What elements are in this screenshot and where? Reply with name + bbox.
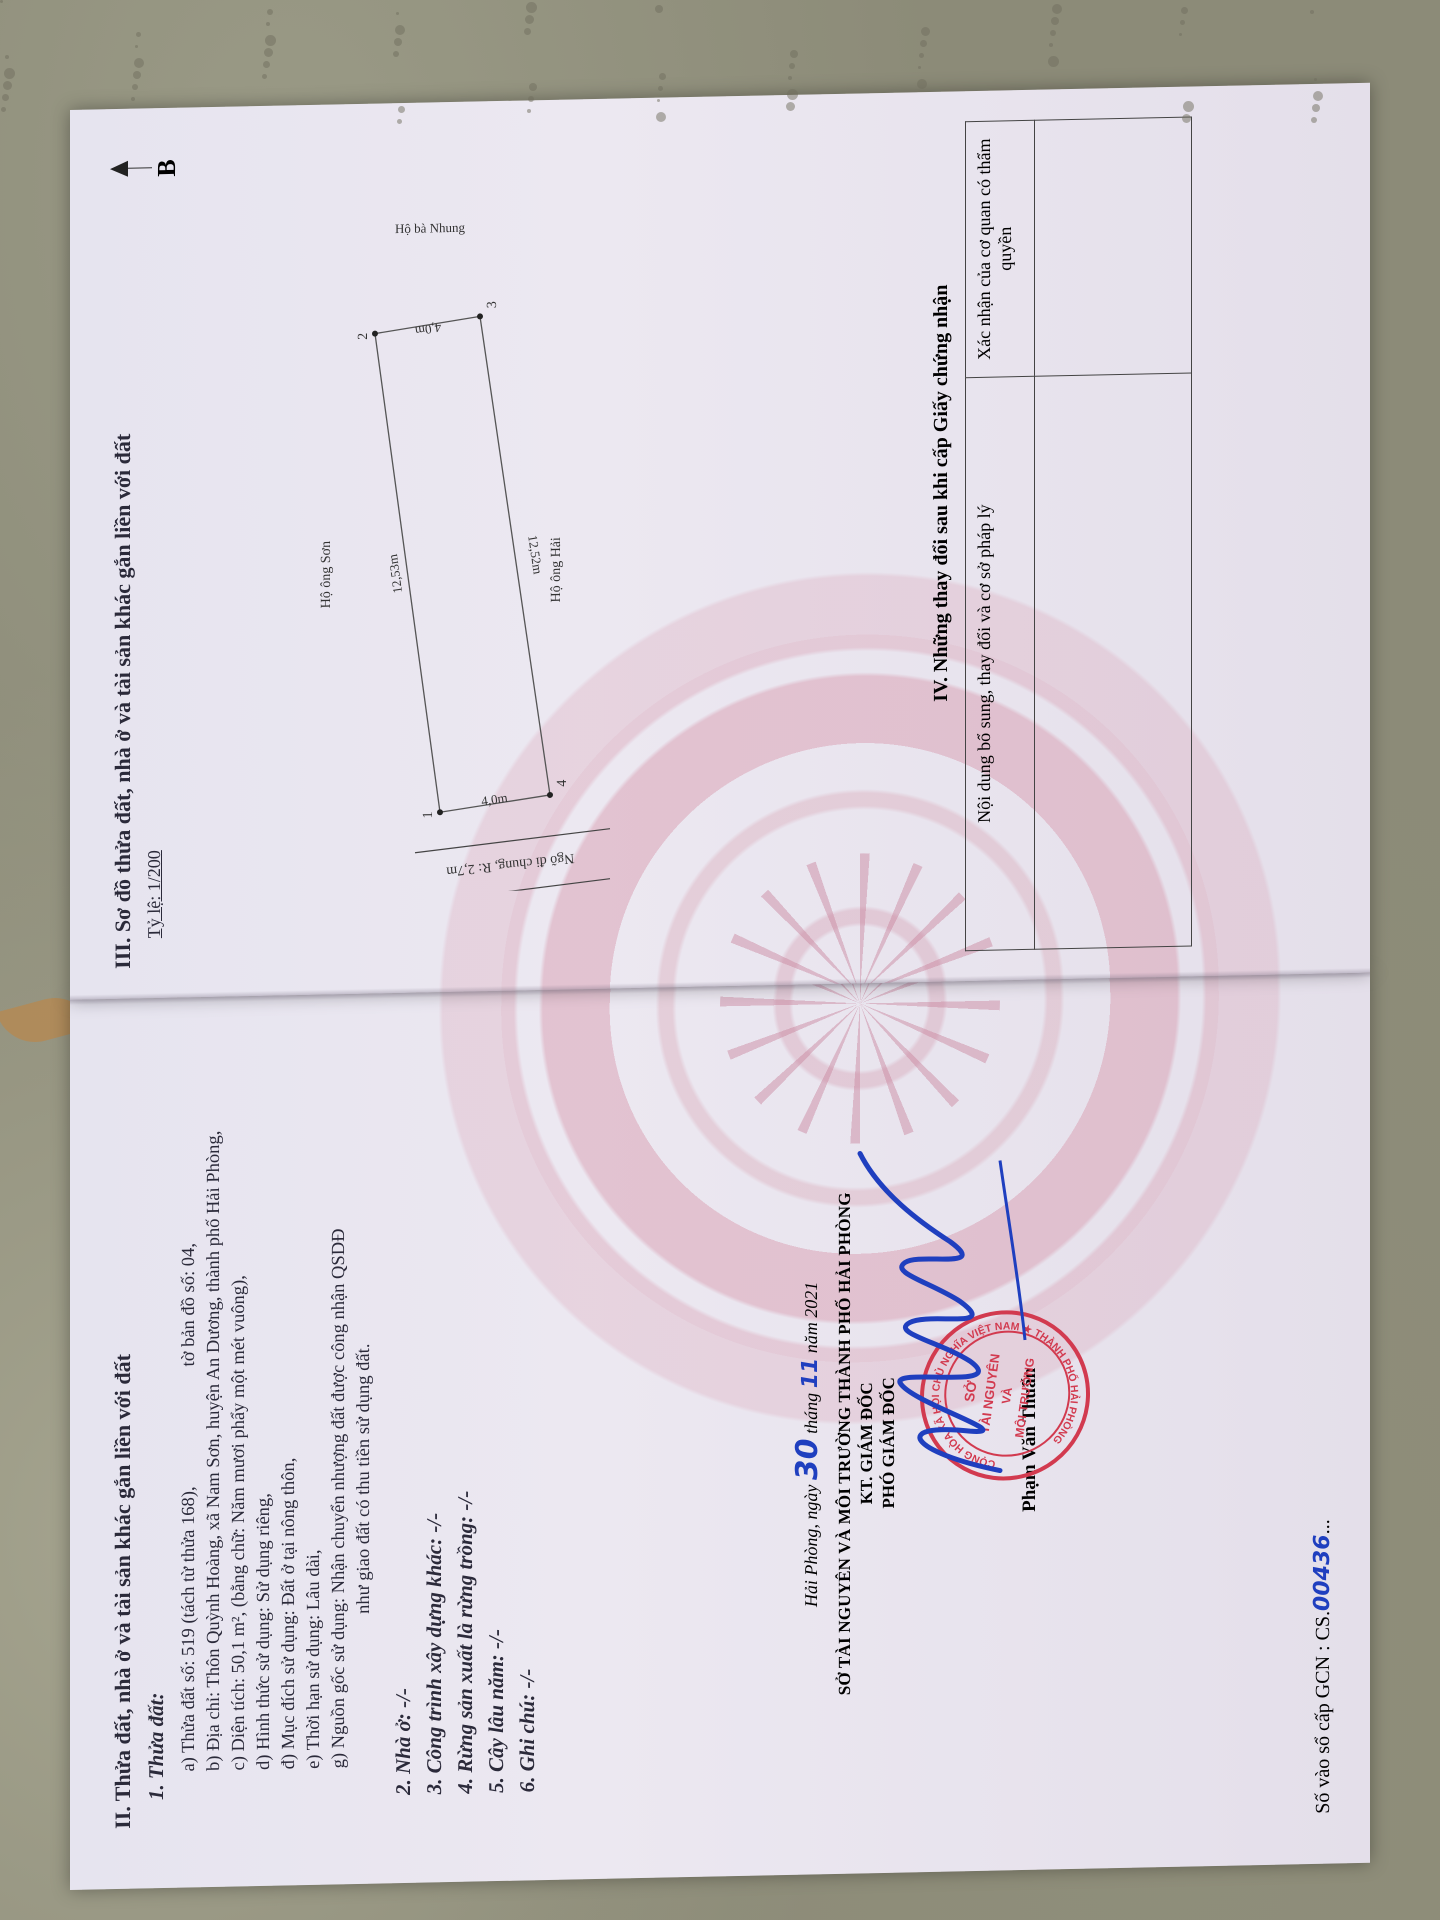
ground-speck — [656, 112, 666, 122]
col-header-content: Nội dung bổ sung, thay đổi và cơ sở pháp… — [966, 376, 1035, 951]
ground-speck — [659, 73, 666, 80]
ground-speck — [395, 25, 405, 35]
ground-speck — [1051, 17, 1059, 25]
ground-speck — [394, 38, 402, 46]
svg-text:Hộ ông Sơn: Hộ ông Sơn — [319, 541, 334, 609]
usage-purpose: đ) Mục đích sử dụng: Đất ở tại nông thôn… — [279, 1025, 300, 1769]
section-3-title: III. Sơ đồ thửa đất, nhà ở và tài sản kh… — [110, 139, 136, 970]
ground-speck — [920, 40, 927, 47]
ground-speck — [527, 109, 531, 113]
section-4: IV. Những thay đổi sau khi cấp Giấy chứn… — [930, 116, 1192, 951]
usage-term: e) Thời hạn sử dụng: Lâu dài, — [304, 1025, 325, 1769]
issue-year: năm 2021 — [801, 1282, 821, 1354]
ground-speck — [657, 99, 660, 102]
ground-speck — [1179, 33, 1182, 36]
parcel-area: c) Diện tích: 50,1 m², (bằng chữ: Năm mư… — [229, 1026, 250, 1770]
issuing-organization: SỞ TÀI NGUYÊN VÀ MÔI TRƯỜNG THÀNH PHỐ HẢ… — [835, 1124, 855, 1764]
ground-speck — [786, 102, 795, 111]
parcel-number-text: a) Thửa đất số: 519 (tách từ thửa 168), — [179, 1486, 199, 1771]
ground-speck — [655, 5, 663, 13]
section-2-title: II. Thửa đất, nhà ở và tài sản khác gắn … — [110, 1029, 136, 1830]
ground-speck — [398, 106, 405, 113]
svg-text:Ngõ đi chung, R: 2,7m: Ngõ đi chung, R: 2,7m — [446, 850, 575, 879]
ground-speck — [918, 66, 921, 69]
ground-speck — [267, 9, 273, 15]
registry-dots: ... — [1312, 1519, 1334, 1534]
month-label: tháng — [801, 1393, 821, 1434]
issue-month: 11 — [798, 1358, 823, 1389]
ground-speck — [135, 45, 138, 48]
usage-origin-cont: như giao đất có thu tiền sử dụng đất. — [354, 1024, 375, 1614]
edge-length-label: 4,0m — [480, 790, 508, 809]
table-row — [1035, 117, 1192, 949]
issue-date: Hải Phòng, ngày 30 tháng 11 năm 2021 — [790, 1124, 825, 1765]
section-3: III. Sơ đồ thửa đất, nhà ở và tài sản kh… — [110, 138, 165, 969]
official-seal: CỘNG HÒA XÃ HỘI CHỦ NGHĨA VIỆT NAM ★ THÀ… — [909, 1301, 1101, 1490]
date-prefix: Hải Phòng, ngày — [801, 1484, 821, 1607]
svg-text:Hộ bà Nhung: Hộ bà Nhung — [395, 220, 466, 236]
ground-speck — [133, 71, 141, 79]
ground-speck — [525, 15, 534, 24]
registry-handwritten-number: 00436 — [1310, 1534, 1335, 1611]
svg-text:1: 1 — [421, 811, 436, 818]
ground-speck — [526, 2, 537, 13]
ground-speck — [1312, 104, 1320, 112]
ground-speck — [528, 96, 534, 102]
registry-number: Số vào sổ cấp GCN : CS.00436... — [1310, 1519, 1335, 1814]
issue-day: 30 — [790, 1438, 825, 1480]
north-arrow-icon — [110, 161, 128, 177]
parcel-address: b) Địa chỉ: Thôn Quỳnh Hoàng, xã Nam Sơn… — [204, 1027, 225, 1771]
signer-title-2: PHÓ GIÁM ĐỐC — [879, 1123, 899, 1763]
north-label: B — [152, 138, 182, 199]
ground-speck — [393, 51, 399, 57]
parcel-diagram: 12,53m4,0m12,52m4,0m1234Hộ ông SơnHộ ông… — [190, 188, 620, 897]
ground-speck — [264, 48, 273, 57]
ground-speck — [396, 12, 399, 15]
svg-text:4: 4 — [555, 780, 570, 787]
ground-speck — [266, 22, 270, 26]
ground-speck — [1048, 56, 1059, 67]
ground-speck — [919, 53, 924, 58]
ground-speck — [2, 94, 9, 101]
ground-speck — [1183, 101, 1194, 112]
parcel-heading: 1. Thửa đất: — [144, 1028, 169, 1801]
ground-speck — [5, 55, 9, 59]
svg-text:2: 2 — [356, 333, 371, 340]
ground-speck — [524, 28, 531, 35]
registry-label: Số vào sổ cấp GCN : CS. — [1312, 1611, 1334, 1814]
ground-speck — [4, 68, 15, 79]
left-page: II. Thửa đất, nhà ở và tài sản khác gắn … — [70, 973, 1370, 1890]
ground-speck — [1052, 4, 1062, 14]
changes-table: Nội dung bổ sung, thay đổi và cơ sở pháp… — [965, 116, 1192, 951]
ground-speck — [397, 119, 402, 124]
item-planted-forest: 4. Rừng sản xuất là rừng trồng: -/- — [453, 1021, 478, 1794]
edge-length-label: 4,0m — [414, 320, 442, 339]
svg-text:3: 3 — [485, 301, 500, 308]
edge-length-label: 12,53m — [385, 553, 405, 594]
item-other-construction: 3. Công trình xây dựng khác: -/- — [422, 1022, 447, 1795]
ground-speck — [658, 86, 663, 91]
drum-star-icon — [720, 973, 1000, 1147]
signer-title-1: KT. GIÁM ĐỐC — [857, 1123, 877, 1763]
ground-speck — [1050, 30, 1056, 36]
ground-speck — [787, 89, 798, 100]
right-page: III. Sơ đồ thửa đất, nhà ở và tài sản kh… — [70, 83, 1370, 1000]
ground-speck — [529, 83, 537, 91]
section-2: II. Thửa đất, nhà ở và tài sản khác gắn … — [110, 1020, 546, 1829]
ground-speck — [1314, 78, 1317, 81]
ground-speck — [0, 0, 3, 3]
item-perennial-trees: 5. Cây lâu năm: -/- — [484, 1021, 509, 1794]
ground-speck — [1180, 20, 1185, 25]
ground-speck — [262, 74, 267, 79]
certificate-booklet: II. Thửa đất, nhà ở và tài sản khác gắn … — [70, 83, 1370, 1890]
ground-speck — [1049, 43, 1053, 47]
ground-speck — [917, 79, 927, 89]
ground-speck — [263, 61, 270, 68]
ground-speck — [790, 50, 798, 58]
ground-speck — [136, 32, 141, 37]
ground-speck — [1182, 114, 1191, 123]
ground-speck — [1313, 91, 1323, 101]
usage-origin: g) Nguồn gốc sử dụng: Nhận chuyển nhượng… — [329, 1024, 350, 1768]
ground-speck — [921, 27, 930, 36]
table-cell-confirmation — [1035, 117, 1192, 376]
ground-speck — [131, 97, 135, 101]
edge-length-label: 12,52m — [525, 534, 546, 575]
ground-speck — [265, 35, 276, 46]
col-header-confirmation: Xác nhận của cơ quan có thẩm quyền — [966, 120, 1035, 377]
ground-speck — [1, 107, 6, 112]
north-arrow: B — [110, 137, 190, 199]
ground-speck — [1311, 117, 1317, 123]
ground-speck — [132, 84, 138, 90]
svg-text:Hộ ông Hải: Hộ ông Hải — [549, 537, 564, 603]
map-scale: Tỷ lệ: 1/200 — [144, 138, 165, 938]
ground-speck — [789, 63, 795, 69]
item-notes: 6. Ghi chú: -/- — [515, 1020, 540, 1793]
parcel-number: a) Thửa đất số: 519 (tách từ thửa 168),t… — [179, 1027, 200, 1771]
item-house: 2. Nhà ở: -/- — [391, 1023, 416, 1796]
ground-speck — [1181, 7, 1188, 14]
ground-speck — [788, 76, 792, 80]
section-4-title: IV. Những thay đổi sau khi cấp Giấy chứn… — [930, 122, 953, 702]
table-cell-content — [1035, 373, 1192, 950]
ground-speck — [3, 81, 12, 90]
ground-speck — [134, 58, 144, 68]
usage-form: d) Hình thức sử dụng: Sử dụng riêng, — [254, 1026, 275, 1770]
ground-speck — [1310, 10, 1314, 14]
map-sheet-number: tờ bản đồ số: 04, — [179, 1243, 199, 1367]
